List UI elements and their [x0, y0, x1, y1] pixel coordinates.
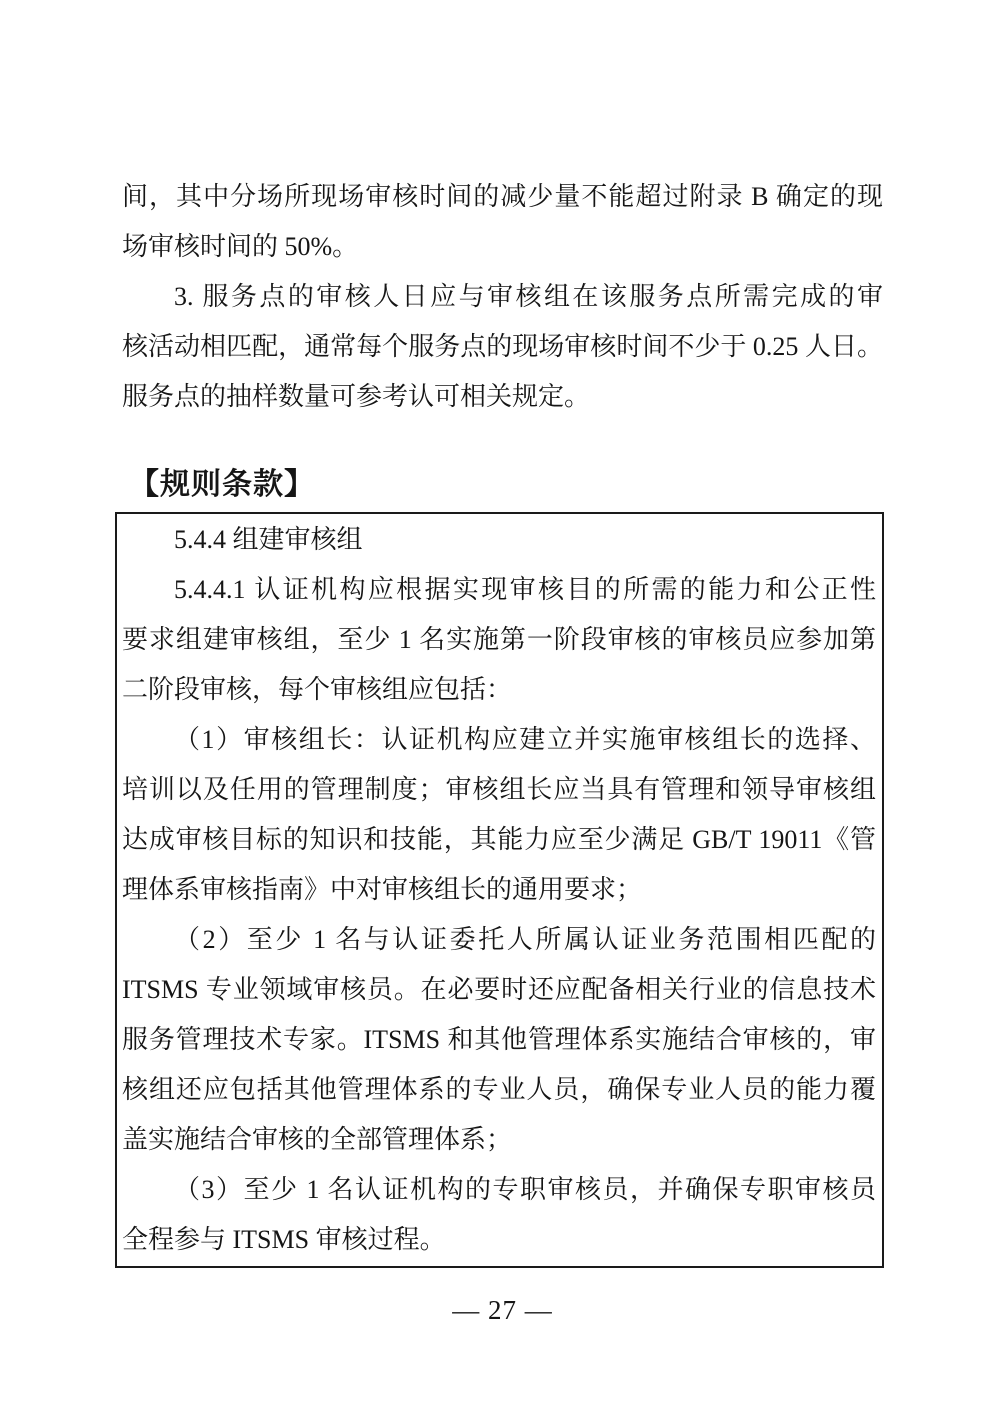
text-line: （2）至少 1 名与认证委托人所属认证业务范围相匹配的	[122, 915, 876, 965]
text-line: 5.4.4.1 认证机构应根据实现审核目的所需的能力和公正性	[122, 565, 876, 615]
text-line: 培训以及任用的管理制度；审核组长应当具有管理和领导审核组	[122, 765, 876, 815]
paragraph: （3）至少 1 名认证机构的专职审核员，并确保专职审核员 全程参与 ITSMS …	[122, 1165, 876, 1265]
paragraph: 间，其中分场所现场审核时间的减少量不能超过附录 B 确定的现 场审核时间的 50…	[122, 172, 883, 272]
document-page: 间，其中分场所现场审核时间的减少量不能超过附录 B 确定的现 场审核时间的 50…	[0, 0, 1000, 1414]
text-line: （3）至少 1 名认证机构的专职审核员，并确保专职审核员	[122, 1165, 876, 1215]
text-line: 3. 服务点的审核人日应与审核组在该服务点所需完成的审	[122, 272, 883, 322]
text-line: 服务点的抽样数量可参考认可相关规定。	[122, 372, 883, 422]
text-line: 间，其中分场所现场审核时间的减少量不能超过附录 B 确定的现	[122, 172, 883, 222]
text-line: 全程参与 ITSMS 审核过程。	[122, 1215, 876, 1265]
paragraph: 5.4.4.1 认证机构应根据实现审核目的所需的能力和公正性 要求组建审核组，至…	[122, 565, 876, 715]
paragraph: （1）审核组长：认证机构应建立并实施审核组长的选择、 培训以及任用的管理制度；审…	[122, 715, 876, 915]
text-line: 核活动相匹配，通常每个服务点的现场审核时间不少于 0.25 人日。	[122, 322, 883, 372]
text-line: 达成审核目标的知识和技能，其能力应至少满足 GB/T 19011《管	[122, 815, 876, 865]
text-line: 理体系审核指南》中对审核组长的通用要求；	[122, 865, 876, 915]
section-heading: 【规则条款】	[129, 464, 883, 506]
paragraph: 5.4.4 组建审核组	[122, 515, 876, 565]
text-line: 盖实施结合审核的全部管理体系；	[122, 1115, 876, 1165]
text-line: ITSMS 专业领域审核员。在必要时还应配备相关行业的信息技术	[122, 965, 876, 1015]
page-number: — 27 —	[122, 1294, 883, 1326]
paragraph: 3. 服务点的审核人日应与审核组在该服务点所需完成的审 核活动相匹配，通常每个服…	[122, 272, 883, 422]
text-line: 场审核时间的 50%。	[122, 222, 883, 272]
text-line: 服务管理技术专家。ITSMS 和其他管理体系实施结合审核的，审	[122, 1015, 876, 1065]
text-line: 核组还应包括其他管理体系的专业人员，确保专业人员的能力覆	[122, 1065, 876, 1115]
text-line: 二阶段审核，每个审核组应包括：	[122, 665, 876, 715]
rule-clause-box: 5.4.4 组建审核组 5.4.4.1 认证机构应根据实现审核目的所需的能力和公…	[115, 512, 884, 1268]
text-line: 要求组建审核组，至少 1 名实施第一阶段审核的审核员应参加第	[122, 615, 876, 665]
paragraph: （2）至少 1 名与认证委托人所属认证业务范围相匹配的 ITSMS 专业领域审核…	[122, 915, 876, 1165]
text-line: 5.4.4 组建审核组	[122, 515, 876, 565]
text-line: （1）审核组长：认证机构应建立并实施审核组长的选择、	[122, 715, 876, 765]
